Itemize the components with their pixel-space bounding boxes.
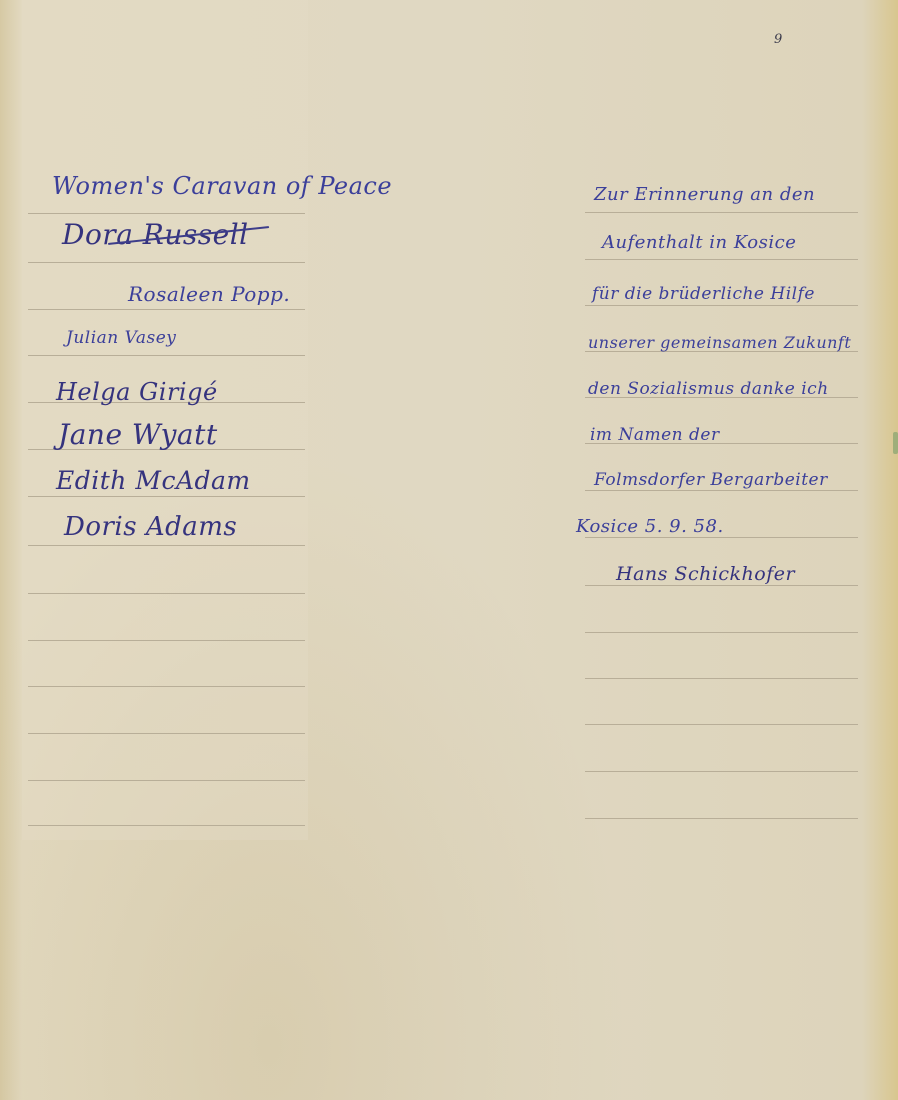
signature-dora-russell: Dora Russell: [62, 218, 249, 251]
ruled-line: [585, 212, 858, 213]
page-edge-tab: [893, 432, 898, 454]
ruled-line: [585, 259, 858, 260]
ruled-line: [585, 724, 858, 725]
page-number: 9: [774, 32, 782, 47]
signature-edith-mcadam: Edith McAdam: [56, 466, 251, 495]
signature-julian-vasey: Julian Vasey: [66, 328, 176, 348]
ruled-line: [585, 771, 858, 772]
signature-hans-schickhofer: Hans Schickhofer: [616, 563, 795, 585]
ruled-line: [585, 585, 858, 586]
ruled-line: [585, 490, 858, 491]
ruled-line: [28, 355, 305, 356]
ruled-line: [28, 825, 305, 826]
ruled-line: [28, 213, 305, 214]
signature-helga: Helga Girigé: [56, 378, 218, 406]
ruled-line: [28, 593, 305, 594]
caravan-heading: Women's Caravan of Peace: [52, 172, 392, 200]
guestbook-page: 9 Women's Caravan of Peace Dora Russell …: [0, 0, 898, 1100]
ruled-line: [585, 818, 858, 819]
dedication-line-3: für die brüderliche Hilfe: [592, 284, 815, 304]
dedication-line-6: im Namen der: [590, 425, 720, 445]
dedication-line-4: unserer gemeinsamen Zukunft: [588, 333, 851, 352]
signature-rosaleen-popp: Rosaleen Popp.: [128, 282, 290, 306]
ruled-line: [28, 733, 305, 734]
place-date: Kosice 5. 9. 58.: [576, 516, 724, 537]
dedication-line-2: Aufenthalt in Kosice: [602, 232, 796, 253]
ruled-line: [28, 640, 305, 641]
ruled-line: [28, 262, 305, 263]
signature-doris-adams: Doris Adams: [64, 512, 237, 542]
ruled-line: [28, 780, 305, 781]
ruled-line: [585, 305, 858, 306]
ruled-line: [28, 545, 305, 546]
dedication-line-1: Zur Erinnerung an den: [594, 184, 815, 205]
signature-jane-wyatt: Jane Wyatt: [58, 418, 218, 451]
ruled-line: [28, 309, 305, 310]
ruled-line: [585, 678, 858, 679]
dedication-line-5: den Sozialismus danke ich: [588, 379, 829, 399]
dedication-line-7: Folmsdorfer Bergarbeiter: [594, 470, 828, 490]
ruled-line: [585, 632, 858, 633]
ruled-line: [28, 496, 305, 497]
ruled-line: [585, 537, 858, 538]
ruled-line: [28, 686, 305, 687]
